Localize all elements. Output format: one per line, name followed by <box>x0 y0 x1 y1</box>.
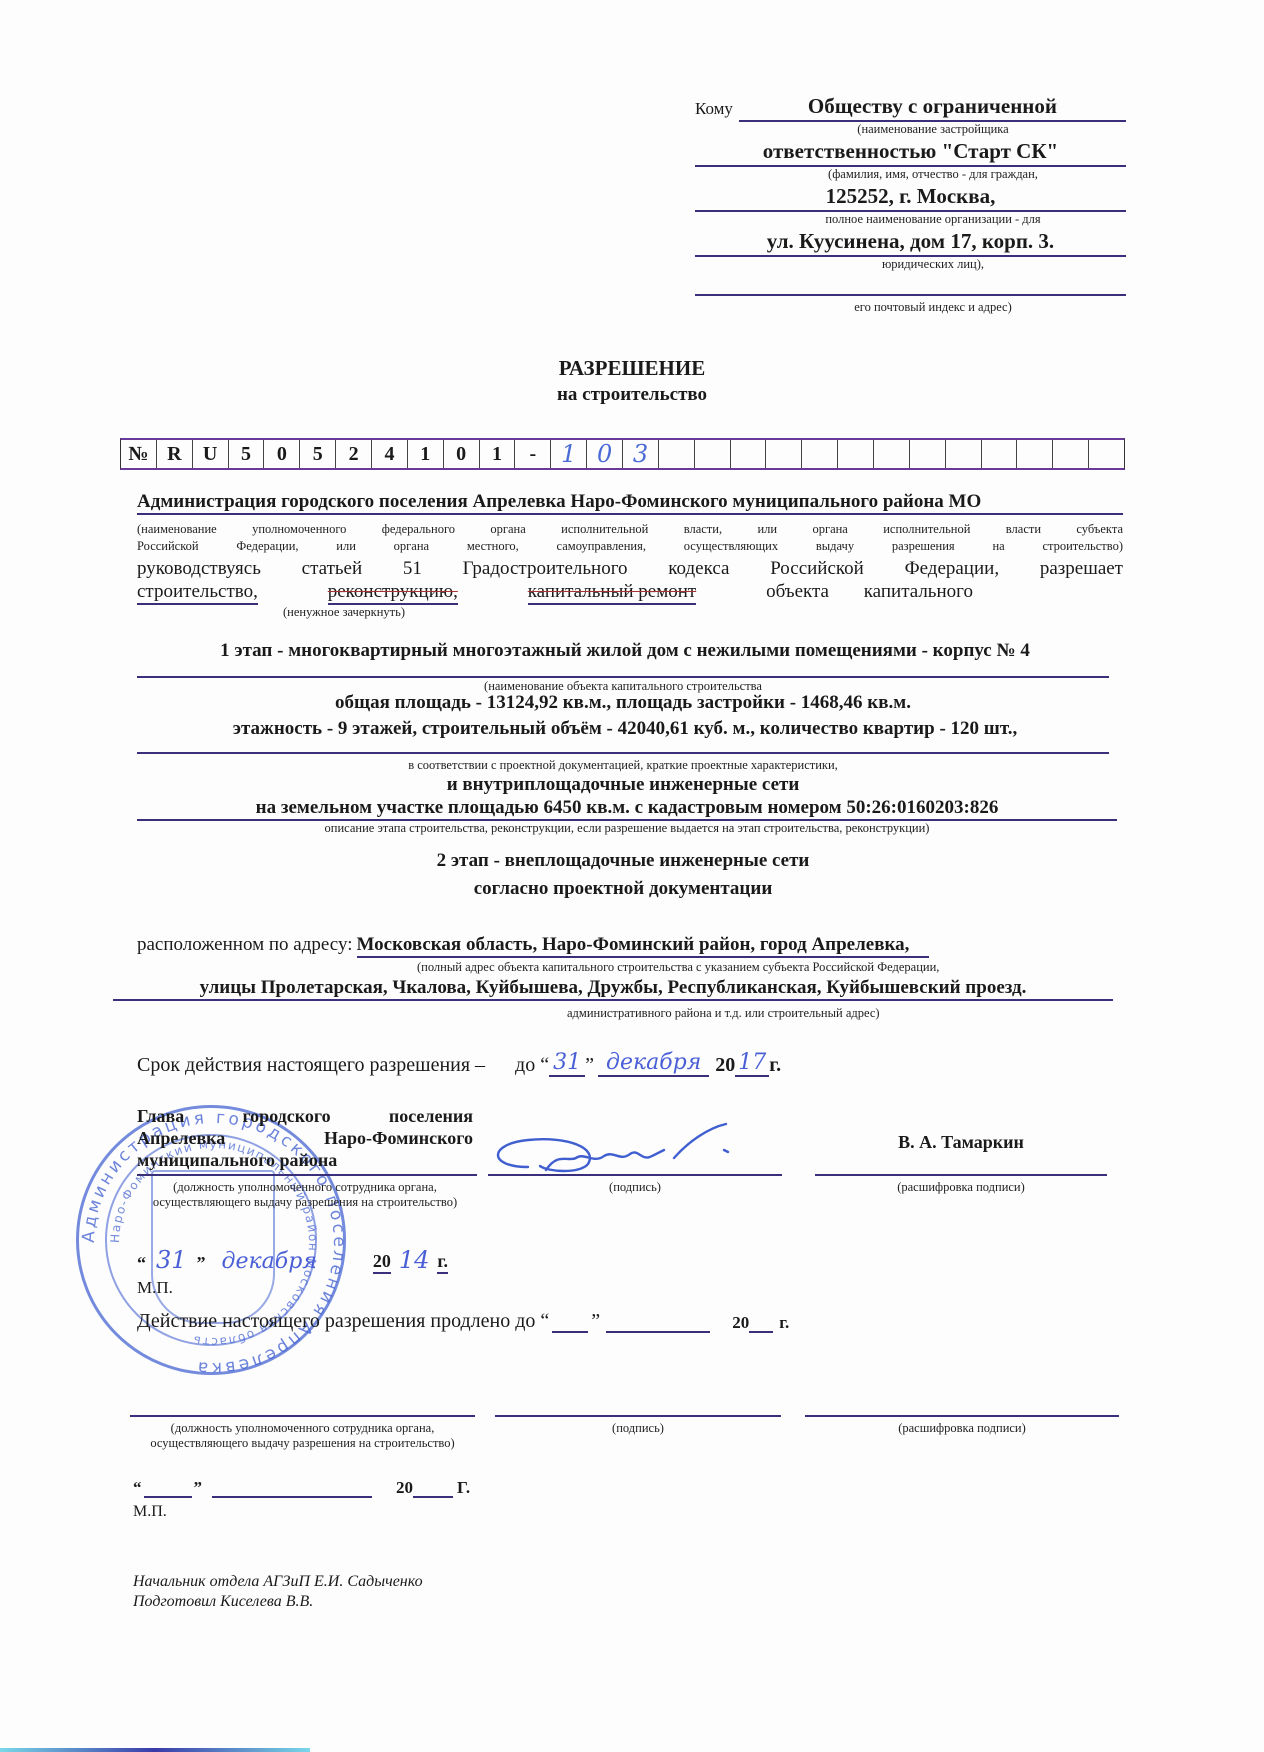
permit-number-cell <box>874 440 910 468</box>
land-plot-line: на земельном участке площадью 6450 кв.м.… <box>137 797 1117 821</box>
address-line-2: улицы Пролетарская, Чкалова, Куйбышева, … <box>113 977 1113 1001</box>
validity-row: Срок действия настоящего разрешения – до… <box>137 1050 781 1077</box>
permit-number-cell <box>695 440 731 468</box>
validity-quote: ” <box>585 1054 594 1077</box>
permit-number-grid: №RU50524101-103 <box>120 438 1125 470</box>
validity-label: Срок действия настоящего разрешения – <box>137 1054 485 1077</box>
permit-number-cell: 0 <box>264 440 300 468</box>
extension-year-field[interactable] <box>749 1313 773 1333</box>
validity-month: декабря <box>598 1050 709 1077</box>
signatory-position-line-2: Апрелевка Наро-Фоминского <box>137 1127 473 1149</box>
validity-suffix: г. <box>769 1054 781 1077</box>
stage-2-line-1: 2 этап - внеплощадочные инженерные сети <box>137 850 1109 872</box>
date-month: декабря <box>206 1249 333 1274</box>
ext-seal-label: М.П. <box>133 1503 167 1521</box>
authority-name: Администрация городского поселения Апрел… <box>137 491 1123 515</box>
document-subtitle: на строительство <box>0 384 1264 406</box>
permit-number-cell <box>946 440 982 468</box>
ext-position-underline <box>130 1415 475 1417</box>
permit-number-cell: U <box>193 440 229 468</box>
address-label: расположенном по адресу: <box>137 934 353 958</box>
option-capital-repair: капитальный ремонт <box>528 581 697 605</box>
permit-number-cell: R <box>157 440 193 468</box>
signatory-position-hint: (должность уполномоченного сотрудника ор… <box>130 1180 480 1210</box>
recipient-line-3: 125252, г. Москва, <box>695 182 1126 212</box>
permit-number-cell: - <box>515 440 551 468</box>
object-name-underline <box>137 676 1109 678</box>
permit-number-cell <box>982 440 1018 468</box>
authority-hint-2: Российской Федерации, или органа местног… <box>137 539 1123 554</box>
extension-close-quote: ” <box>591 1310 600 1333</box>
permit-number-cell: 1 <box>551 440 587 468</box>
footer-notes: Начальник отдела АГЗиП Е.И. Садыченко По… <box>133 1572 423 1612</box>
extension-label: Действие настоящего разрешения продлено … <box>137 1310 549 1333</box>
permit-number-cell <box>731 440 767 468</box>
name-hint: (расшифровка подписи) <box>815 1180 1107 1195</box>
extension-row: Действие настоящего разрешения продлено … <box>137 1310 789 1333</box>
recipient-line-4: ул. Куусинена, дом 17, корп. 3. <box>695 227 1126 257</box>
networks-line: и внутриплощадочные инженерные сети <box>137 774 1109 796</box>
permit-number-cell: 0 <box>587 440 623 468</box>
ext-date-year-prefix: 20 <box>396 1478 413 1498</box>
permit-number-cell <box>1089 440 1124 468</box>
position-underline <box>137 1174 477 1176</box>
validity-prefix: до “ <box>515 1054 549 1077</box>
signatory-position-line-3: муниципального района <box>137 1149 473 1171</box>
validity-year-prefix: 20 <box>715 1054 735 1077</box>
signatory-date-row: “ 31 ” декабря 20 14 г. <box>137 1246 448 1274</box>
date-year: 14 <box>391 1246 438 1274</box>
recipient-hint-4: юридических лиц), <box>740 257 1126 272</box>
recipient-hint-5: его почтовый индекс и адрес) <box>740 300 1126 315</box>
specs-hint: в соответствии с проектной документацией… <box>137 758 1109 773</box>
permit-number-cell: 3 <box>623 440 659 468</box>
construction-type-row: строительство, реконструкцию, капитальны… <box>137 581 1123 605</box>
permit-number-cell: 5 <box>300 440 336 468</box>
permit-number-cell: № <box>121 440 157 468</box>
validity-year: 17 <box>735 1050 769 1077</box>
recipient-hint-1: (наименование застройщика <box>740 122 1126 137</box>
strike-hint: (ненужное зачеркнуть) <box>283 605 405 620</box>
document-title: РАЗРЕШЕНИЕ <box>0 356 1264 381</box>
option-construction: строительство, <box>137 581 258 605</box>
ext-position-hint: (должность уполномоченного сотрудника ор… <box>125 1421 480 1451</box>
ext-date-row: “ ” 20 Г. <box>133 1478 470 1498</box>
legal-basis-line: руководствуясь статьей 51 Градостроитель… <box>137 558 1123 580</box>
ext-date-month-field[interactable] <box>212 1480 372 1498</box>
footer-line-2: Подготовил Киселева В.В. <box>133 1592 423 1612</box>
ext-date-year-field[interactable] <box>413 1480 453 1498</box>
ext-name-underline[interactable] <box>805 1415 1119 1417</box>
signature-underline <box>488 1174 782 1176</box>
recipient-hint-3: полное наименование организации - для <box>740 212 1126 227</box>
ext-signature-underline[interactable] <box>495 1415 781 1417</box>
specs-line-2: этажность - 9 этажей, строительный объём… <box>110 718 1140 740</box>
ext-date-day-field[interactable] <box>144 1480 192 1498</box>
date-day: 31 <box>146 1246 197 1274</box>
date-close-quote: ” <box>197 1253 206 1274</box>
authority-hint-1: (наименование уполномоченного федерально… <box>137 522 1123 537</box>
signature-hint: (подпись) <box>488 1180 782 1195</box>
permit-number-cell: 1 <box>480 440 516 468</box>
recipient-label: Кому <box>695 96 733 122</box>
permit-number-cell <box>802 440 838 468</box>
permit-number-cell: 0 <box>444 440 480 468</box>
option-reconstruction: реконструкцию, <box>328 581 458 605</box>
ext-date-close: ” <box>194 1478 203 1498</box>
extension-month-field[interactable] <box>606 1311 710 1333</box>
signatory-position-line-1: Глава городского поселения <box>137 1105 473 1127</box>
name-underline <box>815 1174 1107 1176</box>
recipient-hint-2: (фамилия, имя, отчество - для граждан, <box>740 167 1126 182</box>
date-open-quote: “ <box>137 1253 146 1274</box>
permit-number-cell <box>1053 440 1089 468</box>
scan-edge-artifact <box>0 1748 310 1752</box>
permit-number-cell: 1 <box>408 440 444 468</box>
ext-signature-hint: (подпись) <box>495 1421 781 1436</box>
seal-label: М.П. <box>137 1278 173 1298</box>
permit-number-cell <box>1017 440 1053 468</box>
permit-number-cell: 2 <box>336 440 372 468</box>
date-suffix: г. <box>437 1251 448 1274</box>
recipient-line-2: ответственностью "Старт СК" <box>695 137 1126 167</box>
recipient-line-1: Обществу с ограниченной <box>739 92 1126 122</box>
validity-day: 31 <box>549 1050 585 1077</box>
specs-line-1: общая площадь - 13124,92 кв.м., площадь … <box>137 692 1109 714</box>
recipient-line-5 <box>695 272 1126 296</box>
recipient-block: Кому Обществу с ограниченной (наименован… <box>740 92 1126 315</box>
footer-line-1: Начальник отдела АГЗиП Е.И. Садыченко <box>133 1572 423 1592</box>
specs-underline <box>137 752 1109 754</box>
basis-tail: объекта капитального <box>766 581 973 605</box>
permit-number-cell: 5 <box>229 440 265 468</box>
ext-date-open: “ <box>133 1478 142 1498</box>
date-year-prefix: 20 <box>373 1251 391 1274</box>
permit-number-cell <box>910 440 946 468</box>
address-hint-1: (полный адрес объекта капитального строи… <box>417 960 939 975</box>
extension-year-prefix: 20 <box>732 1313 749 1333</box>
address-row-1: расположенном по адресу: Московская обла… <box>137 934 929 958</box>
address-line-1: Московская область, Наро-Фоминский район… <box>357 934 930 958</box>
permit-number-cell <box>838 440 874 468</box>
permit-number-cell <box>766 440 802 468</box>
extension-suffix: г. <box>779 1313 789 1333</box>
signatory-position: Глава городского поселения Апрелевка Нар… <box>137 1105 473 1171</box>
address-hint-2: административного района и т.д. или стро… <box>567 1006 880 1021</box>
ext-name-hint: (расшифровка подписи) <box>805 1421 1119 1436</box>
land-hint: описание этапа строительства, реконструк… <box>137 821 1117 836</box>
extension-day-field[interactable] <box>552 1311 588 1333</box>
permit-number-cell <box>659 440 695 468</box>
ext-date-suffix: Г. <box>457 1478 470 1498</box>
object-name: 1 этап - многоквартирный многоэтажный жи… <box>110 640 1140 662</box>
signatory-name: В. А. Тамаркин <box>815 1132 1107 1153</box>
permit-number-cell: 4 <box>372 440 408 468</box>
stage-2-line-2: согласно проектной документации <box>137 878 1109 900</box>
